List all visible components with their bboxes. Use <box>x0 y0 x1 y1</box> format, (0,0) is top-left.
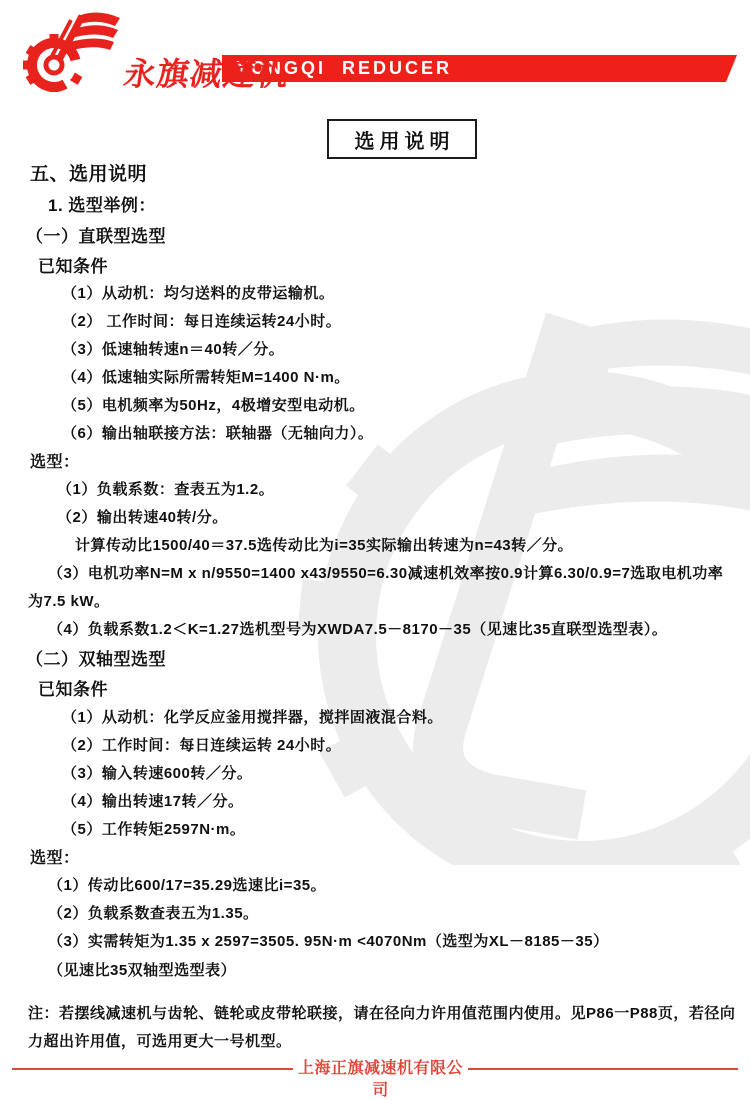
list-item: （4）输出转速17转／分。 <box>0 786 750 814</box>
subsection-heading: 已知条件 <box>0 673 750 702</box>
list-item: （1）负载系数：查表五为1.2。 <box>0 474 750 502</box>
list-item: （3）实需转矩为1.35 x 2597=3505. 95N·m <4070Nm（… <box>0 926 750 954</box>
list-item: （3）输入转速600转／分。 <box>0 758 750 786</box>
footer-company-name: 上海正旗减速机有限公司 <box>293 1058 468 1100</box>
note-text: 力超出许用值，可选用更大一号机型。 <box>0 1026 750 1054</box>
list-item: （2） 工作时间：每日连续运转24小时。 <box>0 306 750 334</box>
list-item: （6）输出轴联接方法：联轴器（无轴向力）。 <box>0 418 750 446</box>
list-item: （5）电机频率为50Hz，4极增安型电动机。 <box>0 390 750 418</box>
page-title: 选用说明 <box>350 125 455 154</box>
list-item: （2）输出转速40转/分。 <box>0 502 750 530</box>
brand-banner: YONGQI REDUCER <box>222 55 737 82</box>
list-item: （2）负载系数查表五为1.35。 <box>0 898 750 926</box>
gear-flag-logo-icon <box>14 10 122 92</box>
list-item: （见速比35双轴型选型表） <box>0 954 750 984</box>
list-item: （4）低速轴实际所需转矩M=1400 N·m。 <box>0 362 750 390</box>
footer-rule-left <box>12 1068 293 1070</box>
subsection-heading: 已知条件 <box>0 250 750 278</box>
list-item: （1）从动机：均匀送料的皮带运输机。 <box>0 278 750 306</box>
list-item-continuation: 为7.5 kW。 <box>0 586 750 614</box>
list-item: （1）从动机：化学反应釜用搅拌器，搅拌固液混合料。 <box>0 702 750 730</box>
brand-logo: 永旗减速机 <box>14 10 289 92</box>
note-text: 注：若摆线减速机与齿轮、链轮或皮带轮联接，请在径向力许用值范围内使用。见P86一… <box>0 998 750 1026</box>
subsection-heading: 选型： <box>0 842 750 870</box>
subsection-heading: 选型： <box>0 446 750 474</box>
subsection-heading: （二）双轴型选型 <box>0 642 750 673</box>
section-heading: 五、选用说明 <box>0 156 750 188</box>
list-item: （2）工作时间：每日连续运转 24小时。 <box>0 730 750 758</box>
subsection-heading: （一）直联型选型 <box>0 219 750 250</box>
footer-rule-right <box>468 1068 738 1070</box>
list-item: （3）电机功率N=M x n/9550=1400 x43/9550=6.30减速… <box>0 558 750 586</box>
page-title-box: 选用说明 <box>327 119 477 159</box>
list-item: （1）传动比600/17=35.29选速比i=35。 <box>0 870 750 898</box>
list-item: （3）低速轴转速n＝40转／分。 <box>0 334 750 362</box>
list-item: （5）工作转矩2597N·m。 <box>0 814 750 842</box>
list-item: （4）负载系数1.2＜K=1.27选机型号为XWDA7.5－8170－35（见速… <box>0 614 750 642</box>
brand-name-text: 永旗减速机 <box>122 58 292 90</box>
subsection-heading: 1. 选型举例： <box>0 188 750 219</box>
calculation-line: 计算传动比1500/40＝37.5选传动比为i=35实际输出转速为n=43转／分… <box>0 530 750 558</box>
page-footer: 上海正旗减速机有限公司 <box>0 1058 750 1082</box>
document-body: 五、选用说明 1. 选型举例： （一）直联型选型 已知条件 （1）从动机：均匀送… <box>0 156 750 1054</box>
